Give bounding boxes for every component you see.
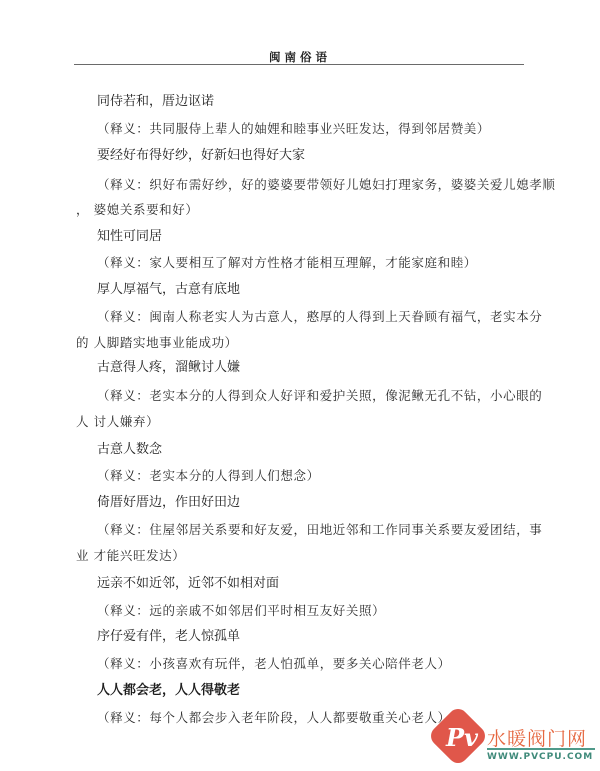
saying-text: 要经好布得好纱，好新妇也得好大家 (97, 148, 305, 164)
saying-text: 古意人数念 (97, 442, 162, 458)
saying-text: 倚厝好厝边，作田好田边 (97, 495, 240, 511)
explanation-text: （释义：小孩喜欢有玩伴，老人怕孤单，要多关心陪伴老人） (97, 656, 451, 672)
explanation-text-continued: 人 讨人嫌弃） (76, 414, 159, 430)
explanation-text-continued: 业 才能兴旺发达） (76, 548, 185, 564)
explanation-text: （释义：住屋邻居关系要和好友爱，田地近邻和工作同事关系要友爱团结，事 (97, 522, 542, 538)
watermark-site-name: 水暖阀门网 (487, 724, 587, 751)
explanation-text: （释义：老实本分的人得到众人好评和爱护关照，像泥鳅无孔不钻，小心眼的 (97, 388, 542, 404)
explanation-text-continued: 的 人脚踏实地事业能成功） (76, 335, 238, 351)
explanation-text: （释义：远的亲戚不如邻居们平时相互友好关照） (97, 603, 385, 619)
saying-text: 厚人厚福气，古意有底地 (97, 282, 240, 298)
saying-text: 知性可同居 (97, 229, 162, 245)
explanation-text: （释义：共同服侍上辈人的妯娌和睦事业兴旺发达，得到邻居赞美） (97, 121, 490, 137)
explanation-text: （释义：每个人都会步入老年阶段，人人都要敬重关心老人） (97, 710, 451, 726)
pv-logo-text: Pv (442, 720, 482, 760)
explanation-text: （释义：闽南人称老实人为古意人，憨厚的人得到上天眷顾有福气，老实本分 (97, 309, 542, 325)
saying-text: 古意得人疼，溜鳅讨人嫌 (97, 360, 240, 376)
explanation-text: （释义：老实本分的人得到人们想念） (97, 468, 320, 484)
saying-text: 同侍若和，厝边讴诺 (97, 94, 214, 110)
explanation-text: （释义：织好布需好纱，好的婆婆要带领好儿媳妇打理家务，婆婆关爱儿媳孝顺 (97, 177, 556, 193)
saying-text: 序仔爱有伴，老人惊孤单 (97, 629, 240, 645)
page-header-title: 闽南俗语 (0, 49, 600, 65)
explanation-text: （释义：家人要相互了解对方性格才能相互理解，才能家庭和睦） (97, 255, 477, 271)
saying-text-bold: 人人都会老，人人得敬老 (97, 683, 240, 699)
saying-text: 远亲不如近邻，近邻不如相对面 (97, 576, 279, 592)
explanation-text-continued: ， 婆媳关系要和好） (76, 202, 198, 218)
header-divider (74, 64, 524, 65)
site-watermark: Pv 水暖阀门网 WWW.PVCPU.COM (420, 710, 600, 770)
watermark-divider (487, 748, 595, 750)
watermark-url: WWW.PVCPU.COM (487, 752, 593, 762)
